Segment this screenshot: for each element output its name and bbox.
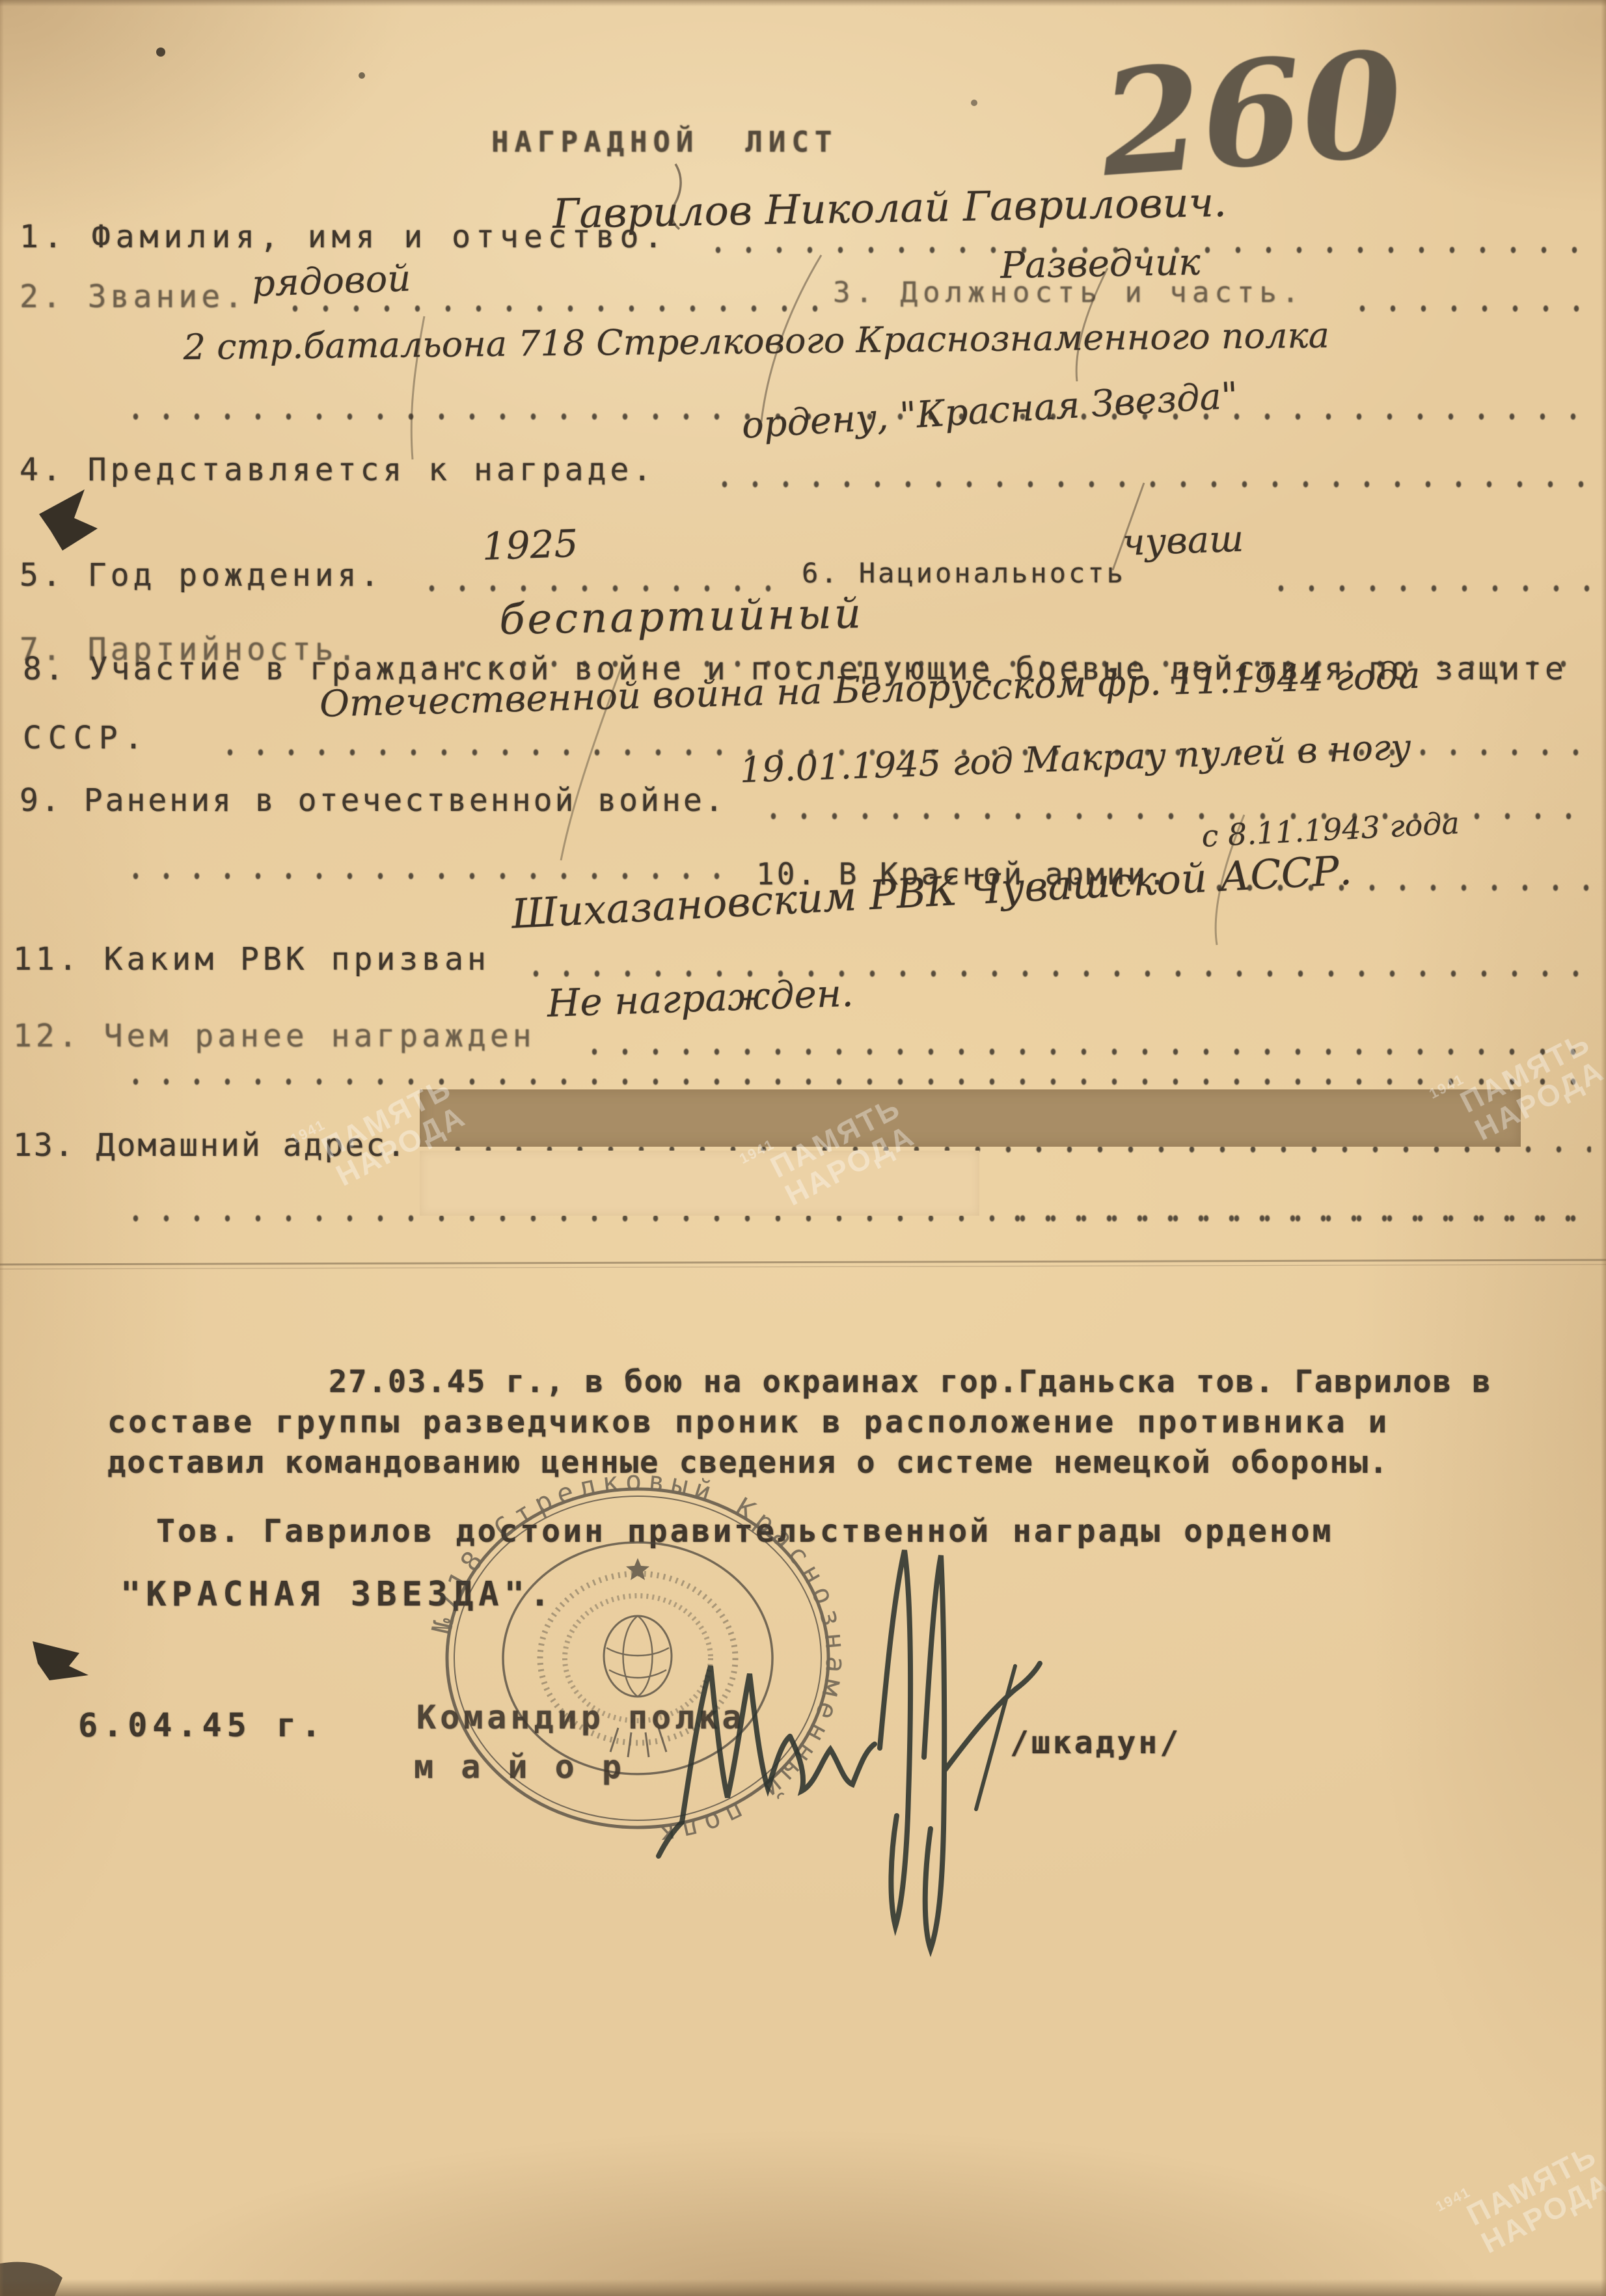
signature-layer <box>0 0 1606 2296</box>
commander-signature <box>659 1550 1040 1949</box>
award-sheet-scan: { "doc": { "sheet_number": "260", "title… <box>0 0 1606 2296</box>
